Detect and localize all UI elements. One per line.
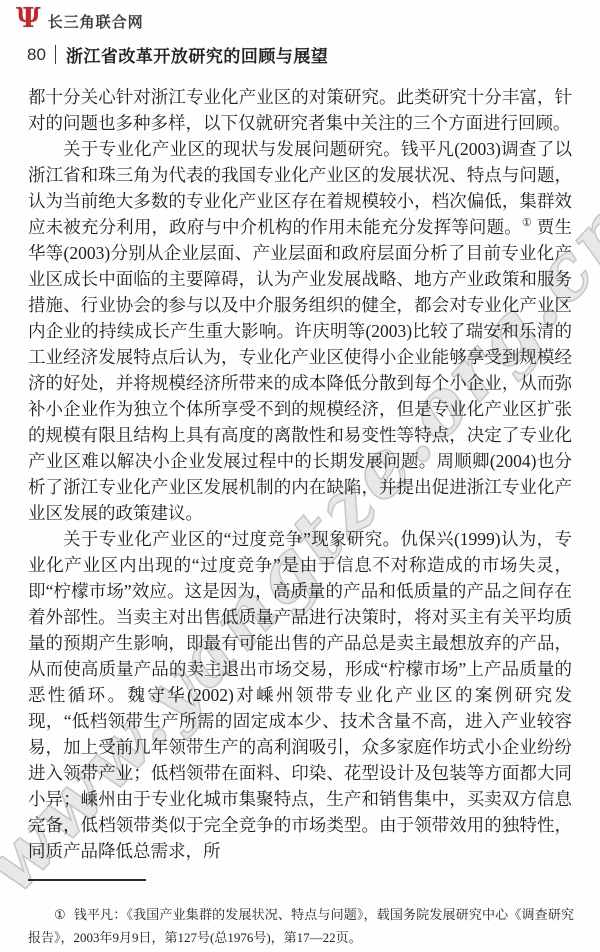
footnote-separator-rule [28, 879, 146, 881]
paragraph-text-before-note: 关于专业化产业区的现状与发展问题研究。钱平凡(2003)调查了以浙江省和珠三角为… [28, 139, 572, 237]
footnote-marker: ① [54, 907, 66, 922]
body-text-block: 都十分关心针对浙江专业化产业区的对策研究。此类研究十分丰富，针对的问题也多种多样… [28, 84, 572, 864]
trident-logo-icon: Ψ [16, 5, 41, 33]
chapter-title: 浙江省改革开放研究的回顾与展望 [66, 42, 329, 67]
book-page: www.yangtze.org.cn Ψ 长三角联合网 80 浙江省改革开放研究… [0, 0, 600, 952]
running-head: 80 浙江省改革开放研究的回顾与展望 [27, 42, 328, 67]
paragraph-current-status-research: 关于专业化产业区的现状与发展问题研究。钱平凡(2003)调查了以浙江省和珠三角为… [28, 136, 572, 526]
paragraph-continuation: 都十分关心针对浙江专业化产业区的对策研究。此类研究十分丰富，针对的问题也多种多样… [28, 84, 572, 136]
paragraph-excessive-competition-research: 关于专业化产业区的“过度竞争”现象研究。仇保兴(1999)认为，专业化产业区内出… [28, 526, 572, 864]
header-divider-bar [55, 45, 56, 64]
page-number: 80 [27, 45, 46, 65]
paragraph-text-after-note: 贾生华等(2003)分别从企业层面、产业层面和政府层面分析了目前专业化产业区成长… [28, 217, 572, 523]
site-header: Ψ 长三角联合网 [16, 5, 144, 33]
site-name: 长三角联合网 [48, 7, 144, 32]
footnote-text: 钱平凡：《我国产业集群的发展状况、特点与问题》，载国务院发展研究中心《调查研究报… [28, 907, 574, 945]
footnote-reference-1: ① [522, 217, 532, 229]
footnote: ①钱平凡：《我国产业集群的发展状况、特点与问题》，载国务院发展研究中心《调查研究… [28, 903, 574, 949]
